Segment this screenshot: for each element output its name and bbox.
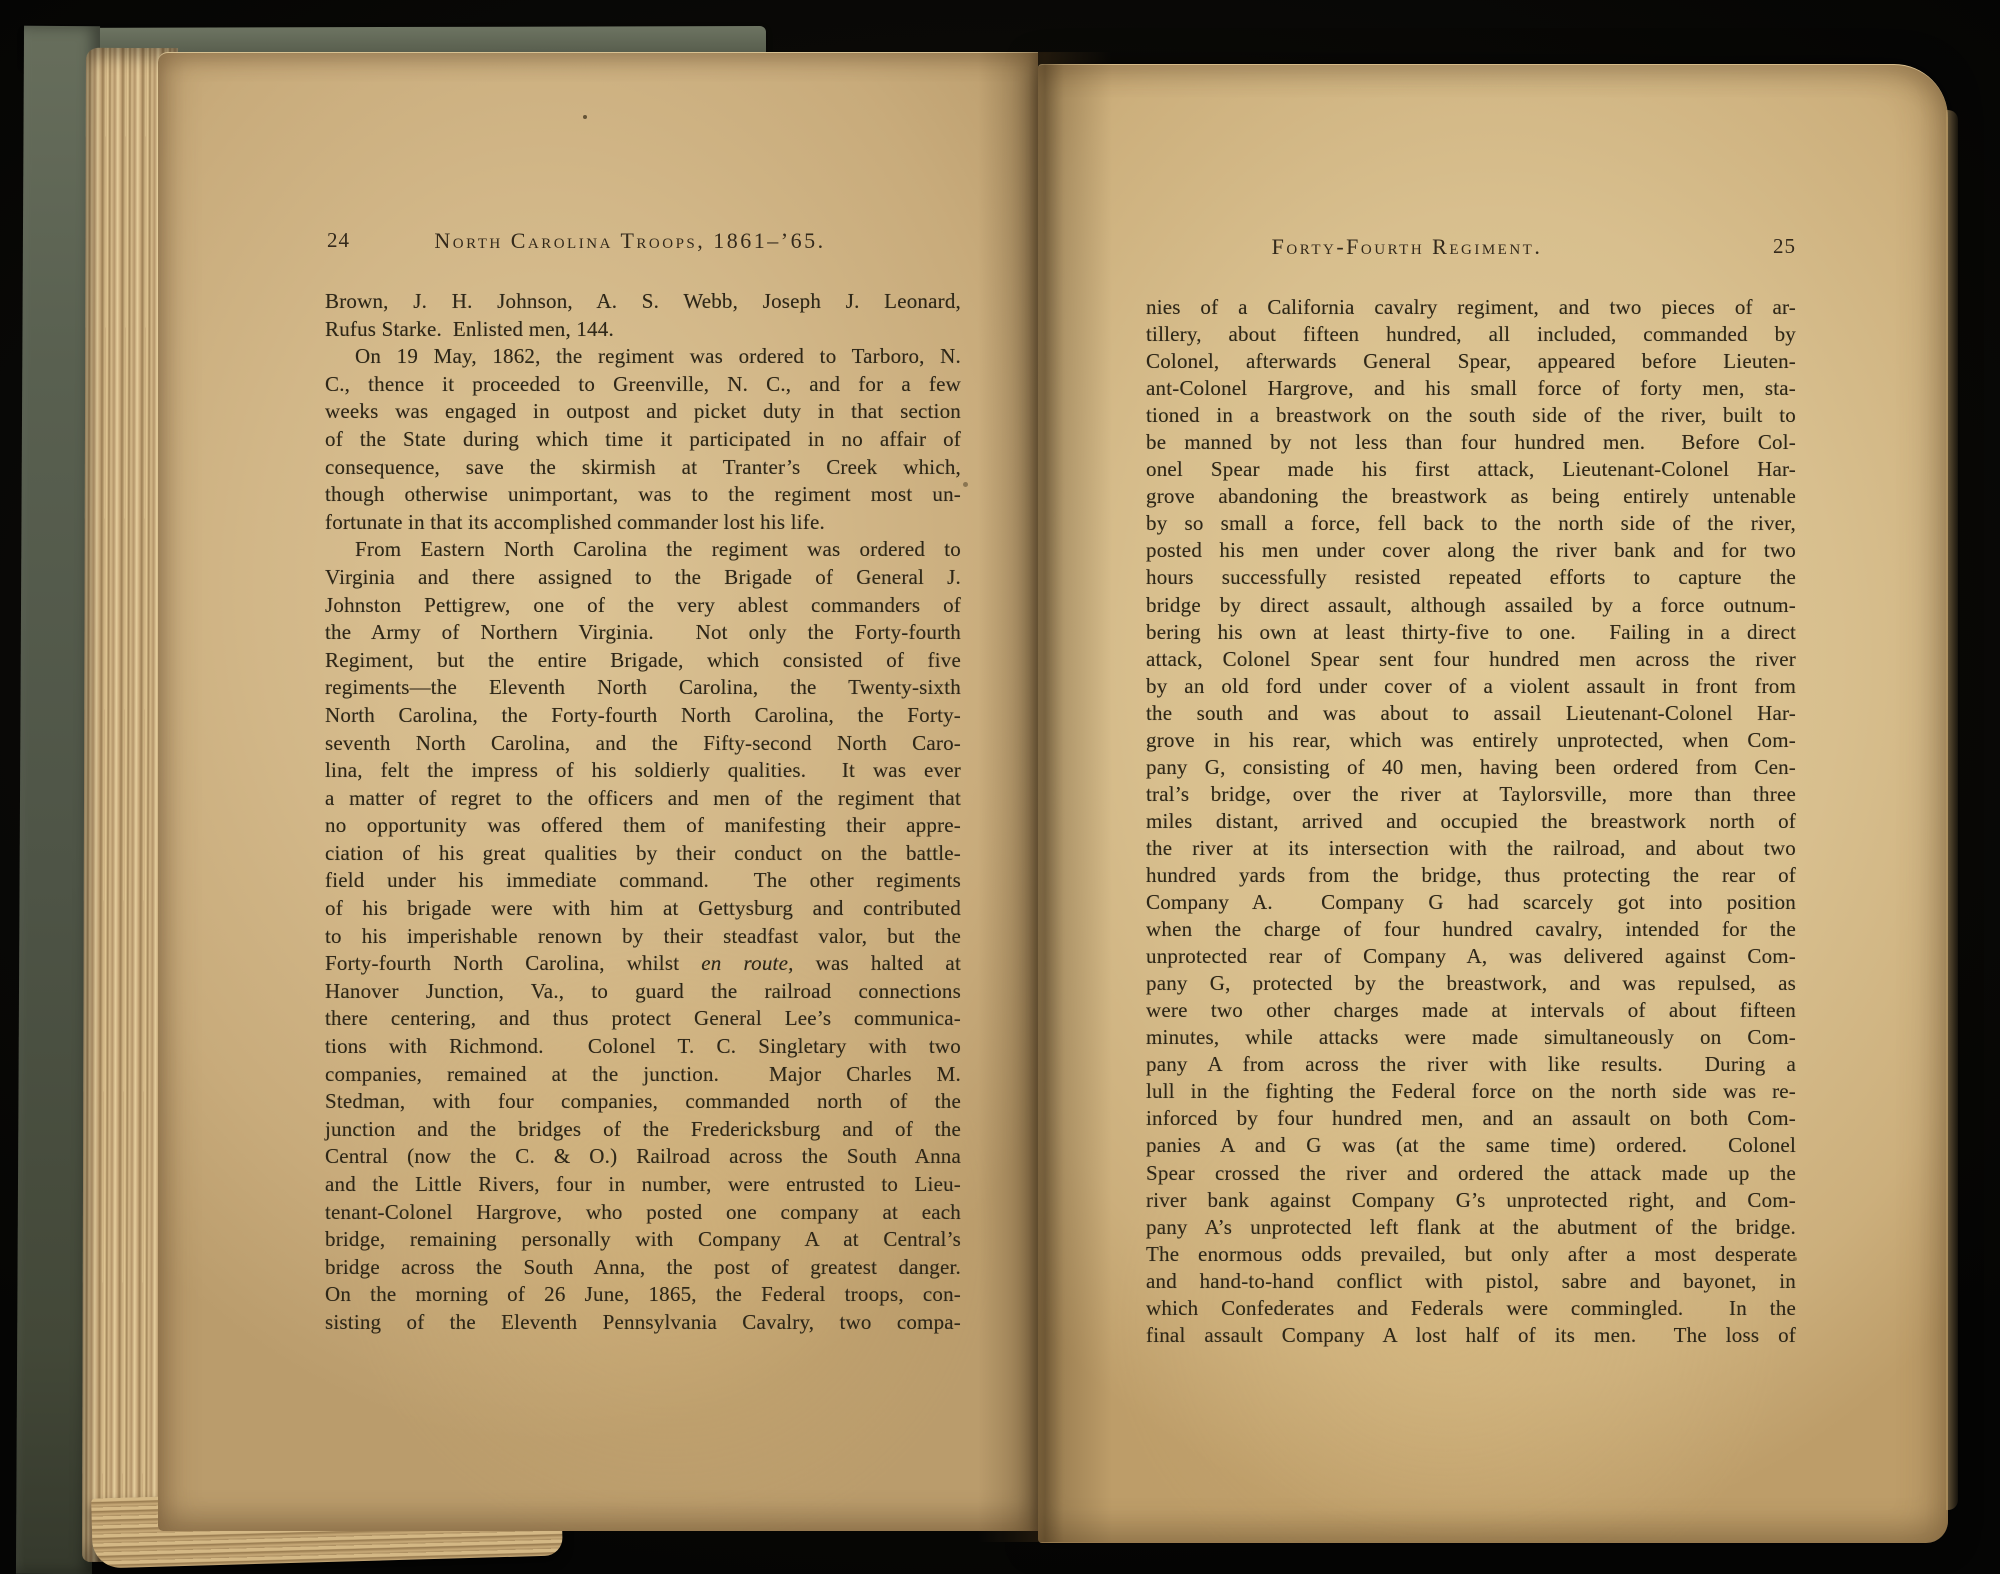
text-line: to his imperishable renown by their stea… [325, 923, 961, 951]
text-line: the river at its intersection with the r… [1146, 835, 1796, 862]
text-line: Colonel, afterwards General Spear, appea… [1146, 348, 1796, 375]
text-line: Company A. Company G had scarcely got in… [1146, 889, 1796, 916]
text-line: a matter of regret to the officers and m… [325, 785, 961, 813]
text-line: tral’s bridge, over the river at Taylors… [1146, 781, 1796, 808]
text-line: the Army of Northern Virginia. Not only … [325, 619, 961, 647]
text-line: tillery, about fifteen hundred, all incl… [1146, 321, 1796, 348]
text-line: tions with Richmond. Colonel T. C. Singl… [325, 1033, 961, 1061]
text-line: inforced by four hundred men, and an ass… [1146, 1105, 1796, 1132]
text-line: pany A from across the river with like r… [1146, 1051, 1796, 1078]
running-header-right: Forty-Fourth Regiment. 25 [1146, 234, 1796, 264]
text-line: bridge across the South Anna, the post o… [325, 1254, 961, 1282]
text-line: bridge, remaining personally with Compan… [325, 1226, 961, 1254]
text-line: bering his own at least thirty-five to o… [1146, 619, 1796, 646]
text-line: Virginia and there assigned to the Briga… [325, 564, 961, 592]
text-line: junction and the bridges of the Frederic… [325, 1116, 961, 1144]
text-line: posted his men under cover along the riv… [1146, 537, 1796, 564]
text-line: final assault Company A lost half of its… [1146, 1322, 1796, 1349]
text-line: of his brigade were with him at Gettysbu… [325, 895, 961, 923]
text-line: Hanover Junction, Va., to guard the rail… [325, 978, 961, 1006]
page-right-body-text: nies of a California cavalry regiment, a… [1146, 294, 1796, 1349]
text-line: pany A’s unprotected left flank at the a… [1146, 1214, 1796, 1241]
page-number-right: 25 [1773, 234, 1796, 259]
text-line: nies of a California cavalry regiment, a… [1146, 294, 1796, 321]
text-line: grove abandoning the breastwork as being… [1146, 483, 1796, 510]
text-line: lull in the fighting the Federal force o… [1146, 1078, 1796, 1105]
text-line: consequence, save the skirmish at Trante… [325, 454, 961, 482]
page-number-left: 24 [327, 228, 350, 253]
text-line: ant-Colonel Hargrove, and his small forc… [1146, 375, 1796, 402]
text-line: river bank against Company G’s unprotect… [1146, 1187, 1796, 1214]
text-line: Brown, J. H. Johnson, A. S. Webb, Joseph… [325, 288, 961, 316]
text-line: the south and was about to assail Lieute… [1146, 700, 1796, 727]
text-line: Central (now the C. & O.) Railroad acros… [325, 1143, 961, 1171]
ink-speck [1793, 1257, 1797, 1261]
text-line: hours successfully resisted repeated eff… [1146, 564, 1796, 591]
text-line: fortunate in that its accomplished comma… [325, 509, 961, 537]
running-header-left: 24 North Carolina Troops, 1861–’65. [325, 228, 961, 258]
text-line: companies, remained at the junction. Maj… [325, 1061, 961, 1089]
page-left-body-text: Brown, J. H. Johnson, A. S. Webb, Joseph… [325, 288, 961, 1337]
text-line: of the State during which time it partic… [325, 426, 961, 454]
text-line: sisting of the Eleventh Pennsylvania Cav… [325, 1309, 961, 1337]
text-line: be manned by not less than four hundred … [1146, 429, 1796, 456]
text-line: and hand-to-hand conflict with pistol, s… [1146, 1268, 1796, 1295]
running-header-left-title: North Carolina Troops, 1861–’65. [325, 228, 961, 254]
book-photo-scene: 24 North Carolina Troops, 1861–’65. Fort… [0, 0, 2000, 1574]
text-line: miles distant, arrived and occupied the … [1146, 808, 1796, 835]
text-line: seventh North Carolina, and the Fifty-se… [325, 730, 961, 758]
text-line: grove in his rear, which was entirely un… [1146, 727, 1796, 754]
text-line: Johnston Pettigrew, one of the very able… [325, 592, 961, 620]
text-line: onel Spear made his first attack, Lieute… [1146, 456, 1796, 483]
text-line: attack, Colonel Spear sent four hundred … [1146, 646, 1796, 673]
text-line: which Confederates and Federals were com… [1146, 1295, 1796, 1322]
text-line: Stedman, with four companies, commanded … [325, 1088, 961, 1116]
text-line: panies A and G was (at the same time) or… [1146, 1132, 1796, 1159]
running-header-right-title: Forty-Fourth Regiment. [1146, 234, 1796, 260]
right-page-fore-edge [1946, 110, 1958, 1510]
text-line: were two other charges made at intervals… [1146, 997, 1796, 1024]
text-line: Regiment, but the entire Brigade, which … [325, 647, 961, 675]
text-line: field under his immediate command. The o… [325, 867, 961, 895]
text-line: no opportunity was offered them of manif… [325, 812, 961, 840]
text-line: ciation of his great qualities by their … [325, 840, 961, 868]
text-line: From Eastern North Carolina the regiment… [325, 536, 961, 564]
text-line: Rufus Starke. Enlisted men, 144. [325, 316, 961, 344]
text-line: tioned in a breastwork on the south side… [1146, 402, 1796, 429]
text-line: when the charge of four hundred cavalry,… [1146, 916, 1796, 943]
text-line: tenant-Colonel Hargrove, who posted one … [325, 1199, 961, 1227]
text-line: On 19 May, 1862, the regiment was ordere… [325, 343, 961, 371]
text-line: and the Little Rivers, four in number, w… [325, 1171, 961, 1199]
text-line: there centering, and thus protect Genera… [325, 1005, 961, 1033]
text-line: The enormous odds prevailed, but only af… [1146, 1241, 1796, 1268]
text-line: by so small a force, fell back to the no… [1146, 510, 1796, 537]
text-line: C., thence it proceeded to Greenville, N… [325, 371, 961, 399]
text-line: weeks was engaged in outpost and picket … [325, 398, 961, 426]
text-line: unprotected rear of Company A, was deliv… [1146, 943, 1796, 970]
text-line: pany G, protected by the breastwork, and… [1146, 970, 1796, 997]
text-line: On the morning of 26 June, 1865, the Fed… [325, 1281, 961, 1309]
text-line: lina, felt the impress of his soldierly … [325, 757, 961, 785]
text-line: Spear crossed the river and ordered the … [1146, 1160, 1796, 1187]
text-line: regiments—the Eleventh North Carolina, t… [325, 674, 961, 702]
ink-speck [583, 115, 587, 119]
ink-speck [963, 482, 968, 487]
text-line: hundred yards from the bridge, thus prot… [1146, 862, 1796, 889]
text-line: Forty-fourth North Carolina, whilst en r… [325, 950, 961, 978]
text-line: though otherwise unimportant, was to the… [325, 481, 961, 509]
text-line: minutes, while attacks were made simulta… [1146, 1024, 1796, 1051]
text-line: North Carolina, the Forty-fourth North C… [325, 702, 961, 730]
text-line: bridge by direct assault, although assai… [1146, 592, 1796, 619]
text-line: pany G, consisting of 40 men, having bee… [1146, 754, 1796, 781]
text-line: by an old ford under cover of a violent … [1146, 673, 1796, 700]
